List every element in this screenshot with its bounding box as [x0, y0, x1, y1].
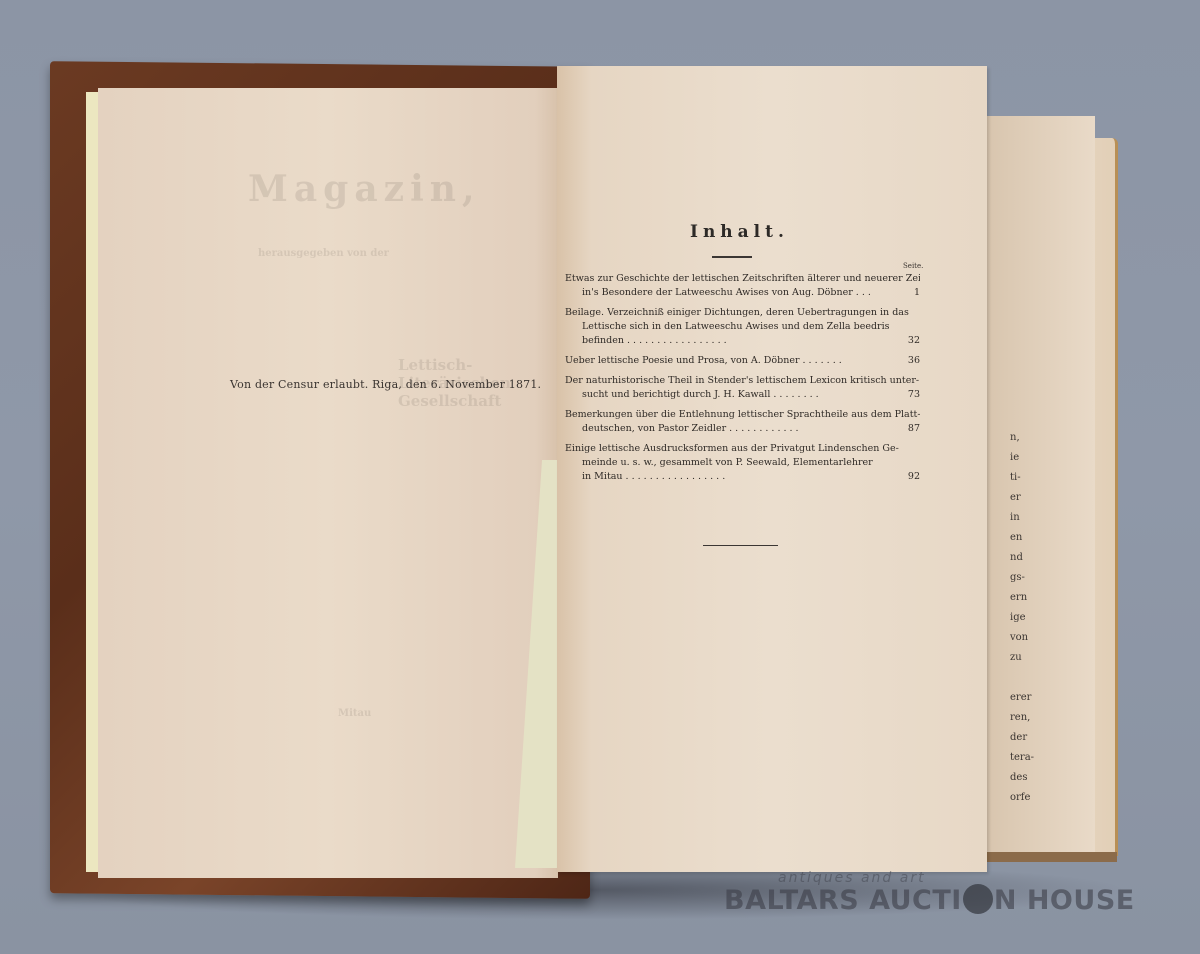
contents-entry-line: in Mitau . . . . . . . . . . . . . . . .… — [565, 470, 920, 484]
contents-entry: Der naturhistorische Theil in Stender's … — [565, 374, 920, 402]
contents-page-number: 92 — [908, 470, 920, 484]
contents-entry-line: in's Besondere der Latweeschu Awises von… — [565, 286, 920, 300]
contents-entry: Beilage. Verzeichniß einiger Dichtungen,… — [565, 306, 920, 348]
text-fragment: ige — [1010, 608, 1034, 628]
text-fragment: nd — [1010, 548, 1034, 568]
contents-entry: Ueber lettische Poesie und Prosa, von A.… — [565, 354, 920, 368]
text-fragment: orfe — [1010, 788, 1034, 808]
contents-entry-line: Der naturhistorische Theil in Stender's … — [565, 374, 920, 388]
text-fragment: en — [1010, 528, 1034, 548]
contents-entry-line: Etwas zur Geschichte der lettischen Zeit… — [565, 272, 920, 286]
page-block-edge — [985, 852, 1117, 862]
next-page-text-fragments: n,ieti-erinenndgs-ernigevonzu ererren,de… — [1010, 428, 1034, 808]
contents-entry-line: befinden . . . . . . . . . . . . . . . .… — [565, 334, 920, 348]
text-fragment: tera- — [1010, 748, 1034, 768]
contents-entry-line: Beilage. Verzeichniß einiger Dichtungen,… — [565, 306, 920, 320]
watermark-brand-right: N HOUSE — [994, 885, 1135, 916]
text-fragment: in — [1010, 508, 1034, 528]
text-fragment: ti- — [1010, 468, 1034, 488]
contents-entry-line: Ueber lettische Poesie und Prosa, von A.… — [565, 354, 920, 368]
contents-page-number: 36 — [908, 354, 920, 368]
text-fragment: erer — [1010, 688, 1034, 708]
text-fragment: ren, — [1010, 708, 1034, 728]
auction-ball-icon — [963, 884, 993, 914]
contents-entry-line: Einige lettische Ausdrucksformen aus der… — [565, 442, 920, 456]
contents-page-number: 87 — [908, 422, 920, 436]
contents-entry-line: meinde u. s. w., gesammelt von P. Seewal… — [565, 456, 920, 470]
end-rule — [703, 545, 778, 546]
censor-note: Von der Censur erlaubt. Riga, den 6. Nov… — [230, 378, 541, 391]
left-page: Magazin, herausgegeben von der Lettisch-… — [98, 88, 558, 878]
contents-entry-line: Lettische sich in den Latweeschu Awises … — [565, 320, 920, 334]
contents-title: Inhalt. — [690, 222, 789, 242]
faded-imprint: Mitau — [338, 708, 371, 719]
next-page — [985, 116, 1095, 856]
contents-page-number: 73 — [908, 388, 920, 402]
title-rule — [712, 256, 752, 258]
contents-entry-line: deutschen, von Pastor Zeidler . . . . . … — [565, 422, 920, 436]
contents-entry: Einige lettische Ausdrucksformen aus der… — [565, 442, 920, 484]
faded-subtitle: herausgegeben von der — [258, 248, 389, 259]
text-fragment: gs- — [1010, 568, 1034, 588]
contents-entry-line: Bemerkungen über die Entlehnung lettisch… — [565, 408, 920, 422]
text-fragment: der — [1010, 728, 1034, 748]
text-fragment: ern — [1010, 588, 1034, 608]
contents-entry-line: sucht und berichtigt durch J. H. Kawall … — [565, 388, 920, 402]
page-column-header: Seite. — [903, 262, 923, 270]
text-fragment: ie — [1010, 448, 1034, 468]
contents-page-number: 32 — [908, 334, 920, 348]
watermark-brand-left: BALTARS AUCTI — [724, 885, 962, 916]
text-fragment: n, — [1010, 428, 1034, 448]
contents-entry: Etwas zur Geschichte der lettischen Zeit… — [565, 272, 920, 300]
text-fragment — [1010, 668, 1034, 688]
text-fragment: zu — [1010, 648, 1034, 668]
contents-list: Etwas zur Geschichte der lettischen Zeit… — [565, 272, 920, 490]
faded-title: Magazin, — [248, 168, 481, 210]
text-fragment: von — [1010, 628, 1034, 648]
text-fragment: des — [1010, 768, 1034, 788]
text-fragment: er — [1010, 488, 1034, 508]
contents-page-number: 1 — [914, 286, 920, 300]
contents-entry: Bemerkungen über die Entlehnung lettisch… — [565, 408, 920, 436]
watermark-logo: BALTARS AUCTIN HOUSE — [724, 884, 1135, 916]
